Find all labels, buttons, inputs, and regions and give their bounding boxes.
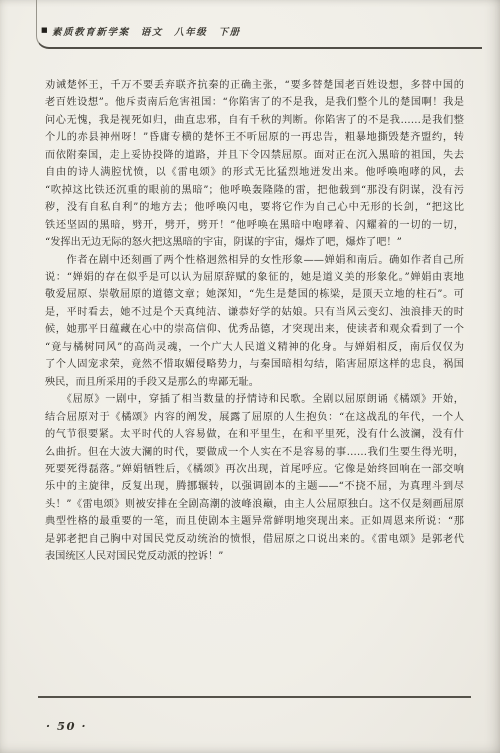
page-number: · 50 · — [46, 719, 87, 733]
text-line: 的气节很要紧。太平时代的人容易做，在和平里生，在和平里死，没有什么波澜，没有什 — [45, 426, 464, 443]
text-line: 敬爱屈原、崇敬屈原的道德文章；她深知，“先生是楚国的栋梁，是顶天立地的柱石”。可 — [45, 286, 464, 303]
text-line: 自由的诗人满腔忧愤，以《雷电颂》的形式无比猛烈地迸发出来。他呼唤咆哮的风，去 — [45, 164, 464, 181]
text-line: 个儿的赤县神州呀！”昏庸专横的楚怀王不听屈原的一再忠告，粗暴地撕毁楚齐盟约，转 — [45, 129, 464, 146]
text-line: 乐中的主旋律，反复出现，腾挪辗转，以强调剧本的主题——“不挠不屈，为真理斗到尽 — [45, 478, 464, 495]
page-title: 素质教育新学案 语文 八年级 下册 — [52, 24, 241, 38]
text-line: 是，平时看去，她不过是个天真纯洁、谦恭好学的姑娘。只有当风云变幻、浊浪排天的时 — [45, 304, 464, 321]
text-line: 说：“婵娟的存在似乎是可以认为屈原辞赋的象征的，她是道义美的形象化。”婵娟由衷地 — [45, 269, 464, 286]
text-line: 表国统区人民对国民党反动派的控诉！” — [45, 548, 464, 565]
text-line: 作者在剧中还刻画了两个性格迥然相异的女性形象——婵娟和南后。确如作者自己所 — [45, 252, 464, 269]
text-line: 铁还坚固的黑暗，劈开，劈开，劈开！”他呼唤在黑暗中咆哮着、闪耀着的一切的一切， — [45, 217, 464, 234]
text-line: 劝诫楚怀王，千万不要丢弃联齐抗秦的正确主张，“要多替楚国老百姓设想，多替中国的 — [45, 77, 464, 94]
text-line: 老百姓设想”。他斥责南后危害祖国：“你陷害了的不是我，是我们整个儿的楚国啊！我是 — [45, 94, 464, 111]
scanned-textbook-page: ■ 素质教育新学案 语文 八年级 下册 劝诫楚怀王，千万不要丢弃联齐抗秦的正确主… — [0, 0, 500, 753]
text-line: 了个人固宠求荣，竟然不惜取媚侵略势力，与秦国暗相勾结，陷害屈原这样的忠良，祸国 — [45, 356, 464, 373]
text-line: “发挥出无边无际的怒火把这黑暗的宇宙，阴谋的宇宙，爆炸了吧，爆炸了吧！” — [45, 234, 464, 251]
text-line: 典型性格的最重要的一笔，而且使剧本主题异常鲜明地突现出来。正如周恩来所说：“那 — [45, 513, 464, 530]
text-line: 殃民，而且所采用的手段又是那么的卑鄙无耻。 — [45, 374, 464, 391]
text-line: 候，她那平日蕴藏在心中的崇高信仰、优秀品德，才突现出来，使读者和观众看到了一个 — [45, 321, 464, 338]
text-line: 头！”《雷电颂》则被安排在全剧高潮的波峰浪巅，由主人公屈原独白。这不仅是刻画屈原 — [45, 496, 464, 513]
text-line: “竟与橘树同风”的高尚灵魂，一个广大人民道义精神的化身。与婵娟相反，南后仅仅为 — [45, 339, 464, 356]
text-line: 是郭老把自己胸中对国民党反动统治的愤恨，借屈原之口说出来的。《雷电颂》是郭老代 — [45, 531, 464, 548]
body-text: 劝诫楚怀王，千万不要丢弃联齐抗秦的正确主张，“要多替楚国老百姓设想，多替中国的老… — [45, 77, 464, 566]
text-line: 么曲折。但在大波大澜的时代，要做成一个人实在不是容易的事……我们生要生得光明， — [45, 444, 464, 461]
header-square-marker-icon: ■ — [41, 27, 48, 34]
text-line: 而依附秦国，走上妥协投降的道路，并且下令囚禁屈原。面对正在沉入黑暗的祖国，失去 — [45, 147, 464, 164]
footer-rule — [38, 696, 471, 698]
text-line: 问心无愧，我是视死如归，曲直忠邪，自有千秋的判断。你陷害了的不是我……是我们整 — [45, 112, 464, 129]
text-line: 结合屈原对于《橘颂》内容的阐发，展露了屈原的人生抱负：“在这战乱的年代，一个人 — [45, 409, 464, 426]
text-line: “吹掉这比铁还沉重的眼前的黑暗”；他呼唤轰隆隆的雷，把他载到“那没有阴谋，没有污 — [45, 182, 464, 199]
text-line: 死要死得磊落。”婵娟牺牲后，《橘颂》再次出现，首尾呼应。它像是始终回响在一部交响 — [45, 461, 464, 478]
text-line: 秽，没有自私自利”的地方去；他呼唤闪电，要将它作为自己心中无形的长剑，“把这比 — [45, 199, 464, 216]
text-line: 《屈原》一剧中，穿插了相当数量的抒情诗和民歌。全剧以屈原朗诵《橘颂》开始， — [45, 391, 464, 408]
